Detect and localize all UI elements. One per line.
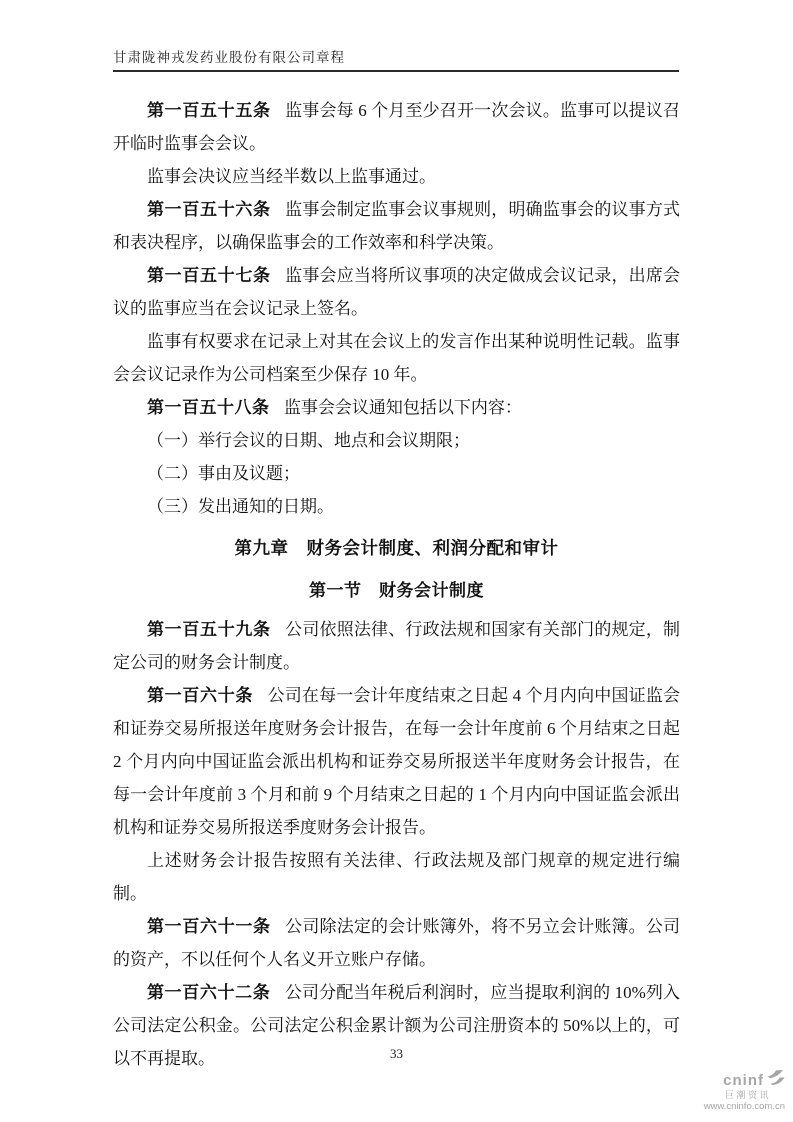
body-paragraph: 上述财务会计报告按照有关法律、行政法规及部门规章的规定进行编制。 <box>113 844 680 910</box>
article-paragraph: 第一百六十一条公司除法定的会计账簿外，将不另立会计账簿。公司的资产，不以任何个人… <box>113 910 680 976</box>
document-body: 第一百五十五条监事会每 6 个月至少召开一次会议。监事可以提议召开临时监事会会议… <box>113 94 680 1075</box>
cninfo-caption: 巨潮资讯 <box>704 1091 785 1101</box>
cninfo-logo: cninf 巨潮资讯 www.cninfo.com.cn <box>704 1069 785 1112</box>
article-text: 监事会会议通知包括以下内容： <box>284 398 522 417</box>
article-paragraph: 第一百五十六条监事会制定监事会议事规则，明确监事会的议事方式和表决程序，以确保监… <box>113 193 680 259</box>
chapter-heading: 第九章 财务会计制度、利润分配和审计 <box>113 532 680 565</box>
article-paragraph: 第一百五十九条公司依照法律、行政法规和国家有关部门的规定，制定公司的财务会计制度… <box>113 613 680 679</box>
article-number: 第一百五十六条 <box>147 200 285 219</box>
article-paragraph: 第一百六十条公司在每一会计年度结束之日起 4 个月内向中国证监会和证券交易所报送… <box>113 679 680 844</box>
paragraph-text: 上述财务会计报告按照有关法律、行政法规及部门规章的规定进行编制。 <box>113 851 680 903</box>
list-item-text: （一）举行会议的日期、地点和会议期限； <box>147 431 470 450</box>
article-number: 第一百五十五条 <box>147 101 285 120</box>
page-header: 甘肃陇神戎发药业股份有限公司章程 <box>113 46 679 72</box>
paragraph-text: 监事会决议应当经半数以上监事通过。 <box>147 167 436 186</box>
article-paragraph: 第一百五十七条监事会应当将所议事项的决定做成会议记录，出席会议的监事应当在会议记… <box>113 259 680 325</box>
list-item: （一）举行会议的日期、地点和会议期限； <box>113 424 680 457</box>
article-text: 公司在每一会计年度结束之日起 4 个月内向中国证监会和证券交易所报送年度财务会计… <box>113 686 680 837</box>
article-number: 第一百六十条 <box>147 686 268 705</box>
cninfo-brand-text: cninf <box>723 1073 764 1090</box>
cninfo-brand-row: cninf <box>704 1069 785 1090</box>
list-item-text: （三）发出通知的日期。 <box>147 497 334 516</box>
body-paragraph: 监事有权要求在记录上对其在会议上的发言作出某种说明性记载。监事会会议记录作为公司… <box>113 325 680 391</box>
article-number: 第一百六十一条 <box>147 917 285 936</box>
list-item: （三）发出通知的日期。 <box>113 490 680 523</box>
list-item-text: （二）事由及议题； <box>147 464 300 483</box>
list-item: （二）事由及议题； <box>113 457 680 490</box>
document-title: 甘肃陇神戎发药业股份有限公司章程 <box>113 50 345 65</box>
article-paragraph: 第一百五十五条监事会每 6 个月至少召开一次会议。监事可以提议召开临时监事会会议… <box>113 94 680 160</box>
cninfo-swoosh-icon <box>766 1069 785 1090</box>
article-number: 第一百五十八条 <box>147 398 284 417</box>
body-paragraph: 监事会决议应当经半数以上监事通过。 <box>113 160 680 193</box>
page-number: 33 <box>0 1046 793 1062</box>
article-number: 第一百五十九条 <box>147 620 285 639</box>
section-heading: 第一节 财务会计制度 <box>113 574 680 607</box>
document-page: 甘肃陇神戎发药业股份有限公司章程 第一百五十五条监事会每 6 个月至少召开一次会… <box>0 0 793 1122</box>
article-number: 第一百六十二条 <box>147 983 285 1002</box>
article-number: 第一百五十七条 <box>147 266 285 285</box>
paragraph-text: 监事有权要求在记录上对其在会议上的发言作出某种说明性记载。监事会会议记录作为公司… <box>113 332 680 384</box>
article-paragraph: 第一百五十八条监事会会议通知包括以下内容： <box>113 391 680 424</box>
cninfo-url: www.cninfo.com.cn <box>704 1102 785 1112</box>
